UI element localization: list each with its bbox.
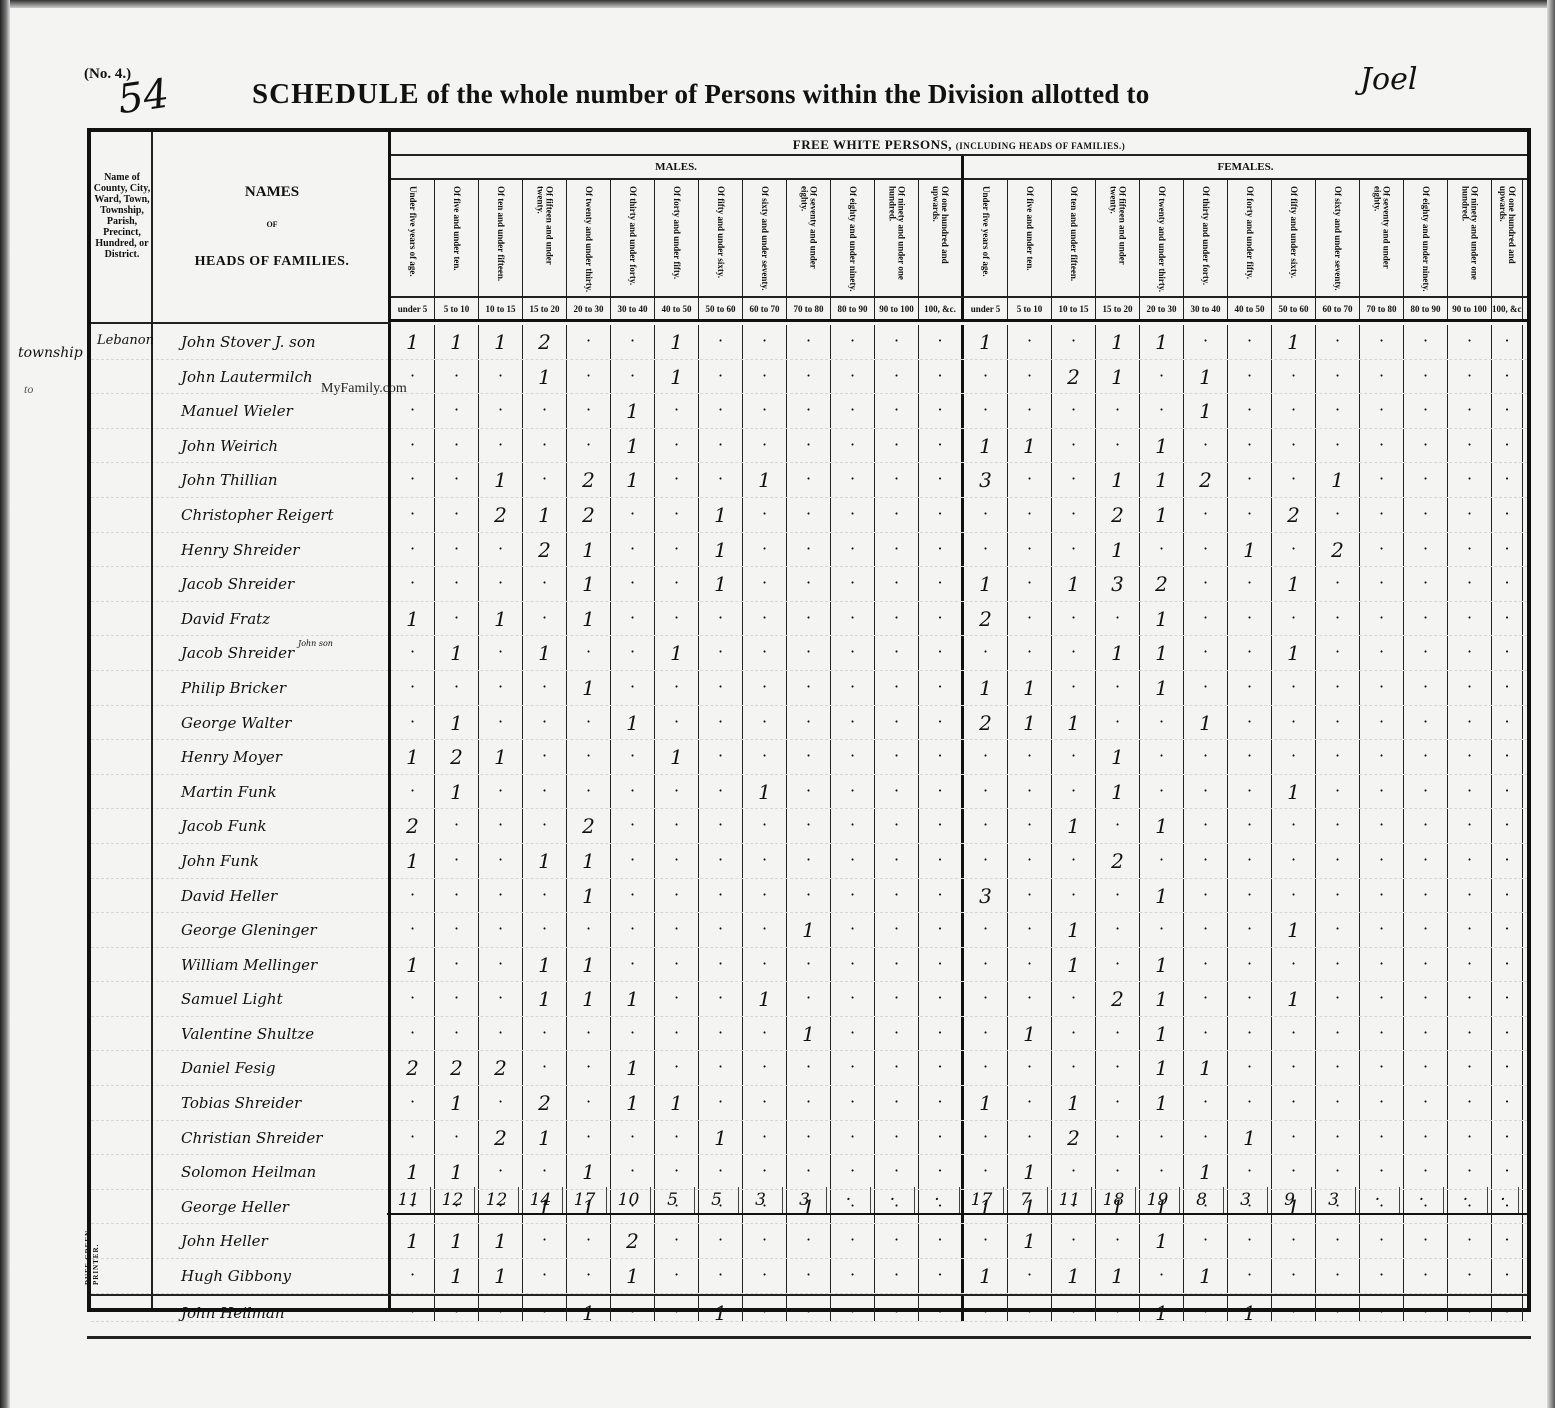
male-count-cell: 1: [523, 498, 567, 532]
female-count-cell: ·: [964, 636, 1008, 670]
free-white-persons-area: FREE WHITE PERSONS, (INCLUDING HEADS OF …: [391, 132, 1527, 1308]
county-cell: [91, 1121, 153, 1155]
male-count-cell: ·: [919, 913, 964, 947]
head-of-family-name: Samuel Light: [153, 982, 391, 1016]
household-row: Christopher Reigert··212··1········21··2…: [91, 498, 1527, 533]
male-count-cell: ·: [479, 809, 523, 843]
male-count-cell: ·: [875, 325, 919, 359]
male-count-cell: ·: [787, 740, 831, 774]
county-cell: [91, 567, 153, 601]
female-count-cell: 1: [1096, 1259, 1140, 1293]
female-count-cell: ·: [1448, 360, 1492, 394]
male-age-header-text: Of five and under ten.: [452, 186, 461, 294]
female-count-cell: ·: [1008, 1051, 1052, 1085]
female-count-cell: ·: [1448, 429, 1492, 463]
household-row: Manuel Wieler·····1············1·······: [91, 394, 1527, 429]
male-count-cell: ·: [391, 706, 435, 740]
female-count-cell: ·: [1140, 360, 1184, 394]
male-count-cell: ·: [875, 844, 919, 878]
male-count-cell: 1: [391, 325, 435, 359]
female-count-cell: ·: [1492, 394, 1523, 428]
female-count-cell: ·: [1228, 913, 1272, 947]
male-count-cell: ·: [831, 913, 875, 947]
allotted-to: Joel: [1360, 62, 1417, 97]
male-count-cell: ·: [611, 1155, 655, 1189]
male-count-cell: ·: [743, 740, 787, 774]
male-count-cell: ·: [831, 394, 875, 428]
male-count-cell: ·: [655, 1017, 699, 1051]
female-count-cell: ·: [1492, 913, 1523, 947]
female-count-cell: ·: [1272, 602, 1316, 636]
male-count-cell: ·: [699, 706, 743, 740]
male-age-range: 5 to 10: [435, 298, 479, 319]
male-count-cell: ·: [479, 636, 523, 670]
female-count-cell: ·: [1492, 1121, 1523, 1155]
male-count-cell: ·: [655, 602, 699, 636]
male-count-cell: ·: [743, 1086, 787, 1120]
household-row: John Lautermilch···1··1········21·1·····…: [91, 360, 1527, 395]
female-count-cell: ·: [1096, 671, 1140, 705]
head-of-family-name: Christian Shreider: [153, 1121, 391, 1155]
name-annotation: John son: [298, 640, 333, 648]
male-total-cell: 3: [739, 1187, 783, 1213]
male-count-cell: ·: [919, 1155, 964, 1189]
male-count-cell: ·: [919, 948, 964, 982]
female-count-cell: 1: [1140, 982, 1184, 1016]
female-count-cell: ·: [1360, 463, 1404, 497]
female-count-cell: ·: [1316, 567, 1360, 601]
county-cell: [91, 1086, 153, 1120]
male-count-cell: ·: [831, 463, 875, 497]
male-count-cell: ·: [831, 1296, 875, 1321]
male-count-cell: 1: [567, 1155, 611, 1189]
male-count-cell: ·: [567, 1017, 611, 1051]
male-count-cell: ·: [391, 498, 435, 532]
male-count-cell: ·: [655, 809, 699, 843]
male-count-cell: ·: [743, 948, 787, 982]
female-count-cell: 2: [1316, 533, 1360, 567]
female-count-cell: ·: [1492, 498, 1523, 532]
male-age-range: 40 to 50: [655, 298, 699, 319]
female-count-cell: ·: [1492, 706, 1523, 740]
male-count-cell: ·: [479, 533, 523, 567]
male-count-cell: ·: [875, 1051, 919, 1085]
male-count-cell: 1: [611, 1086, 655, 1120]
male-count-cell: ·: [479, 671, 523, 705]
household-row: George Walter·1···1·······211··1·······: [91, 706, 1527, 741]
male-count-cell: 2: [435, 740, 479, 774]
male-count-cell: ·: [831, 775, 875, 809]
female-count-cell: ·: [1272, 1086, 1316, 1120]
female-count-cell: ·: [1404, 879, 1448, 913]
male-age-header: Of one hundred and upwards.: [919, 180, 964, 296]
household-row: David Fratz1·1·1········2···1········: [91, 602, 1527, 637]
male-count-cell: ·: [743, 1224, 787, 1258]
male-count-cell: ·: [655, 844, 699, 878]
female-count-cell: ·: [964, 1224, 1008, 1258]
female-count-cell: ·: [1404, 740, 1448, 774]
female-count-cell: 1: [1052, 913, 1096, 947]
male-count-cell: ·: [875, 671, 919, 705]
male-count-cell: ·: [743, 1051, 787, 1085]
female-count-cell: 1: [1008, 1017, 1052, 1051]
male-count-cell: 1: [611, 982, 655, 1016]
male-count-cell: ·: [787, 1051, 831, 1085]
male-count-cell: 1: [611, 706, 655, 740]
male-count-cell: 2: [479, 498, 523, 532]
male-count-cell: ·: [523, 429, 567, 463]
female-count-cell: ·: [1008, 1121, 1052, 1155]
female-count-cell: ·: [1316, 602, 1360, 636]
male-count-cell: ·: [787, 325, 831, 359]
head-of-family-name: John Thillian: [153, 463, 391, 497]
male-count-cell: ·: [919, 706, 964, 740]
female-age-header-text: Of sixty and under seventy.: [1333, 186, 1342, 294]
female-count-cell: ·: [1096, 948, 1140, 982]
male-count-cell: 2: [391, 1051, 435, 1085]
male-count-cell: 2: [523, 325, 567, 359]
male-count-cell: ·: [743, 1121, 787, 1155]
including-heads-label: (INCLUDING HEADS OF FAMILIES.): [956, 141, 1126, 151]
female-count-cell: ·: [1316, 1259, 1360, 1293]
male-age-header: Of fifty and under sixty.: [699, 180, 743, 296]
female-count-cell: ·: [1316, 429, 1360, 463]
male-count-cell: ·: [699, 602, 743, 636]
female-count-cell: ·: [1492, 1051, 1523, 1085]
county-cell: [91, 775, 153, 809]
male-count-cell: ·: [523, 706, 567, 740]
female-count-cell: ·: [1404, 706, 1448, 740]
female-count-cell: 1: [1096, 533, 1140, 567]
male-count-cell: 1: [523, 982, 567, 1016]
male-count-cell: ·: [831, 706, 875, 740]
female-count-cell: ·: [1492, 775, 1523, 809]
male-count-cell: ·: [919, 498, 964, 532]
female-count-cell: ·: [1448, 1086, 1492, 1120]
household-row: Jacob Shreider····1··1·····1·132··1·····: [91, 567, 1527, 602]
male-count-cell: ·: [699, 325, 743, 359]
female-count-cell: ·: [1052, 1017, 1096, 1051]
male-count-cell: 1: [611, 463, 655, 497]
female-count-cell: ·: [1360, 533, 1404, 567]
male-count-cell: 1: [391, 844, 435, 878]
male-count-cell: ·: [919, 1086, 964, 1120]
female-count-cell: ·: [1140, 533, 1184, 567]
household-rows: LebanonJohn Stover J. son1112··1······1·…: [91, 325, 1527, 1322]
males-header: MALES.: [391, 156, 964, 180]
female-count-cell: 1: [1140, 602, 1184, 636]
male-count-cell: ·: [435, 498, 479, 532]
female-age-header: Of five and under ten.: [1008, 180, 1052, 296]
male-total-cell: 5: [695, 1187, 739, 1213]
female-count-cell: 1: [1096, 740, 1140, 774]
county-cell: [91, 498, 153, 532]
male-count-cell: ·: [787, 1086, 831, 1120]
female-count-cell: ·: [1008, 1296, 1052, 1321]
male-count-cell: ·: [831, 498, 875, 532]
male-count-cell: ·: [919, 533, 964, 567]
female-count-cell: ·: [1360, 948, 1404, 982]
female-count-cell: ·: [1272, 1259, 1316, 1293]
male-count-cell: ·: [919, 1296, 964, 1321]
female-count-cell: ·: [1008, 636, 1052, 670]
male-count-cell: ·: [743, 1017, 787, 1051]
male-age-header-text: Of sixty and under seventy.: [760, 186, 769, 294]
female-count-cell: ·: [1492, 429, 1523, 463]
male-count-cell: 1: [567, 1296, 611, 1321]
female-count-cell: ·: [1184, 533, 1228, 567]
head-of-family-name: Solomon Heilman: [153, 1155, 391, 1189]
male-count-cell: ·: [523, 1017, 567, 1051]
female-count-cell: ·: [964, 809, 1008, 843]
male-count-cell: 1: [699, 1296, 743, 1321]
totals-row: 1112121417105533···1771118198393····: [387, 1187, 1531, 1215]
female-count-cell: ·: [1228, 463, 1272, 497]
male-count-cell: ·: [787, 463, 831, 497]
county-cell: [91, 1155, 153, 1189]
male-count-cell: ·: [919, 1259, 964, 1293]
male-count-cell: ·: [479, 775, 523, 809]
county-cell: [91, 1190, 153, 1224]
female-count-cell: ·: [1228, 325, 1272, 359]
female-count-cell: ·: [1448, 325, 1492, 359]
female-count-cell: ·: [1448, 567, 1492, 601]
female-count-cell: 2: [1052, 1121, 1096, 1155]
male-count-cell: ·: [787, 1155, 831, 1189]
female-count-cell: ·: [1140, 394, 1184, 428]
female-total-cell: 19: [1136, 1187, 1180, 1213]
bottom-rule: [87, 1336, 1531, 1339]
female-count-cell: ·: [1184, 809, 1228, 843]
male-count-cell: ·: [655, 1121, 699, 1155]
male-count-cell: ·: [875, 948, 919, 982]
female-count-cell: ·: [1184, 602, 1228, 636]
male-count-cell: ·: [479, 948, 523, 982]
female-age-header-text: Of forty and under fifty.: [1245, 186, 1254, 294]
female-count-cell: ·: [1052, 879, 1096, 913]
head-of-family-name: Daniel Fesig: [153, 1051, 391, 1085]
male-count-cell: ·: [875, 1121, 919, 1155]
male-count-cell: ·: [875, 636, 919, 670]
household-row: Valentine Shultze·········1····1··1·····…: [91, 1017, 1527, 1052]
household-row: Henry Moyer121···1·········1·········: [91, 740, 1527, 775]
male-count-cell: ·: [699, 844, 743, 878]
county-cell: [91, 1259, 153, 1293]
female-count-cell: 2: [1096, 982, 1140, 1016]
male-count-cell: ·: [611, 844, 655, 878]
female-count-cell: 1: [1008, 706, 1052, 740]
female-age-range: 70 to 80: [1360, 298, 1404, 319]
male-age-range: 50 to 60: [699, 298, 743, 319]
head-of-family-name: Jacob ShreiderJohn son: [153, 636, 391, 670]
male-count-cell: ·: [919, 1121, 964, 1155]
female-count-cell: ·: [1184, 567, 1228, 601]
female-count-cell: 1: [1008, 1224, 1052, 1258]
page-edge-right: [1547, 0, 1555, 1408]
female-count-cell: ·: [1052, 775, 1096, 809]
female-count-cell: ·: [1448, 1155, 1492, 1189]
male-count-cell: ·: [699, 879, 743, 913]
head-of-family-name: Philip Bricker: [153, 671, 391, 705]
female-count-cell: ·: [1404, 1224, 1448, 1258]
male-age-header-text: Of twenty and under thirty.: [584, 186, 593, 294]
male-count-cell: ·: [787, 1259, 831, 1293]
male-count-cell: 1: [655, 1086, 699, 1120]
male-count-cell: 1: [567, 879, 611, 913]
female-count-cell: ·: [1228, 1017, 1272, 1051]
female-count-cell: ·: [1404, 1051, 1448, 1085]
female-count-cell: 2: [1184, 463, 1228, 497]
county-cell: [91, 602, 153, 636]
male-age-header: Of thirty and under forty.: [611, 180, 655, 296]
male-count-cell: 1: [699, 533, 743, 567]
male-count-cell: ·: [875, 360, 919, 394]
female-count-cell: ·: [964, 775, 1008, 809]
female-count-cell: ·: [1272, 429, 1316, 463]
male-count-cell: ·: [611, 948, 655, 982]
female-count-cell: ·: [1008, 1086, 1052, 1120]
male-count-cell: 1: [435, 1155, 479, 1189]
female-count-cell: ·: [1448, 809, 1492, 843]
male-count-cell: 1: [523, 1121, 567, 1155]
male-age-range: 60 to 70: [743, 298, 787, 319]
county-cell: [91, 1051, 153, 1085]
female-count-cell: ·: [1052, 636, 1096, 670]
male-age-header-text: Of thirty and under forty.: [628, 186, 637, 294]
male-count-cell: 1: [567, 982, 611, 1016]
female-count-cell: 3: [964, 879, 1008, 913]
female-count-cell: 2: [1272, 498, 1316, 532]
male-count-cell: ·: [435, 671, 479, 705]
male-count-cell: ·: [743, 498, 787, 532]
female-count-cell: ·: [964, 913, 1008, 947]
female-count-cell: 1: [1184, 1051, 1228, 1085]
female-count-cell: ·: [1316, 498, 1360, 532]
female-count-cell: ·: [1184, 498, 1228, 532]
female-count-cell: 1: [1052, 706, 1096, 740]
head-of-family-name: George Walter: [153, 706, 391, 740]
male-count-cell: ·: [655, 671, 699, 705]
male-count-cell: ·: [523, 1051, 567, 1085]
female-count-cell: ·: [1404, 671, 1448, 705]
female-count-cell: 1: [1184, 394, 1228, 428]
county-cell: [91, 429, 153, 463]
female-count-cell: ·: [1316, 1224, 1360, 1258]
male-count-cell: ·: [699, 636, 743, 670]
female-count-cell: ·: [1184, 325, 1228, 359]
male-count-cell: ·: [523, 394, 567, 428]
female-count-cell: ·: [1272, 360, 1316, 394]
female-count-cell: 3: [964, 463, 1008, 497]
female-count-cell: ·: [1360, 1259, 1404, 1293]
male-count-cell: ·: [611, 671, 655, 705]
male-count-cell: ·: [787, 498, 831, 532]
female-count-cell: ·: [1228, 567, 1272, 601]
male-count-cell: ·: [391, 567, 435, 601]
female-count-cell: 1: [1272, 567, 1316, 601]
head-of-family-name: John Stover J. son: [153, 325, 391, 359]
female-count-cell: ·: [964, 982, 1008, 1016]
names-header-of: OF: [153, 220, 391, 229]
female-age-range: under 5: [964, 298, 1008, 319]
male-count-cell: ·: [479, 982, 523, 1016]
female-count-cell: 1: [1228, 533, 1272, 567]
female-count-cell: ·: [1448, 1121, 1492, 1155]
male-count-cell: ·: [435, 429, 479, 463]
household-row: Daniel Fesig222··1···········11·······: [91, 1051, 1527, 1086]
female-count-cell: ·: [1228, 498, 1272, 532]
female-count-cell: ·: [1184, 775, 1228, 809]
county-column-header: Name of County, City, Ward, Town, Townsh…: [93, 172, 151, 260]
male-count-cell: ·: [523, 463, 567, 497]
female-count-cell: 1: [1008, 671, 1052, 705]
female-count-cell: ·: [1360, 1155, 1404, 1189]
male-count-cell: ·: [567, 394, 611, 428]
female-count-cell: ·: [1052, 982, 1096, 1016]
male-count-cell: ·: [479, 844, 523, 878]
male-count-cell: ·: [435, 1121, 479, 1155]
female-count-cell: ·: [1492, 844, 1523, 878]
female-count-cell: ·: [1360, 1296, 1404, 1321]
female-count-cell: ·: [1272, 1051, 1316, 1085]
female-count-cell: ·: [1316, 982, 1360, 1016]
household-row: Philip Bricker····1········11··1········: [91, 671, 1527, 706]
female-count-cell: ·: [1096, 394, 1140, 428]
male-count-cell: ·: [391, 1296, 435, 1321]
female-count-cell: ·: [1316, 1051, 1360, 1085]
male-count-cell: 1: [611, 1051, 655, 1085]
male-count-cell: ·: [391, 394, 435, 428]
female-count-cell: ·: [1404, 913, 1448, 947]
female-count-cell: ·: [1184, 844, 1228, 878]
male-count-cell: ·: [435, 602, 479, 636]
female-count-cell: ·: [1008, 879, 1052, 913]
male-count-cell: ·: [699, 1259, 743, 1293]
male-count-cell: ·: [875, 463, 919, 497]
male-count-cell: ·: [655, 1155, 699, 1189]
male-count-cell: ·: [919, 394, 964, 428]
female-count-cell: ·: [1228, 775, 1272, 809]
female-count-cell: ·: [1184, 1121, 1228, 1155]
household-row: Christian Shreider··21···1·······2···1··…: [91, 1121, 1527, 1156]
female-age-range: 60 to 70: [1316, 298, 1360, 319]
female-count-cell: ·: [1140, 740, 1184, 774]
male-count-cell: ·: [523, 809, 567, 843]
female-count-cell: 1: [1096, 463, 1140, 497]
female-count-cell: 1: [1184, 1155, 1228, 1189]
male-age-range: 15 to 20: [523, 298, 567, 319]
female-age-header: Of seventy and under eighty.: [1360, 180, 1404, 296]
female-count-cell: ·: [1228, 671, 1272, 705]
male-count-cell: ·: [523, 1155, 567, 1189]
female-count-cell: ·: [1228, 844, 1272, 878]
female-count-cell: 1: [1052, 809, 1096, 843]
male-count-cell: 1: [567, 567, 611, 601]
male-count-cell: ·: [831, 879, 875, 913]
female-count-cell: ·: [1096, 429, 1140, 463]
male-count-cell: 1: [655, 740, 699, 774]
male-count-cell: ·: [435, 394, 479, 428]
female-count-cell: 1: [1096, 325, 1140, 359]
male-count-cell: ·: [831, 1224, 875, 1258]
female-count-cell: 1: [1228, 1121, 1272, 1155]
county-cell: [91, 809, 153, 843]
head-of-family-name: David Heller: [153, 879, 391, 913]
female-total-cell: ·: [1400, 1187, 1444, 1213]
male-count-cell: ·: [919, 740, 964, 774]
male-count-cell: 1: [479, 740, 523, 774]
male-count-cell: ·: [875, 602, 919, 636]
